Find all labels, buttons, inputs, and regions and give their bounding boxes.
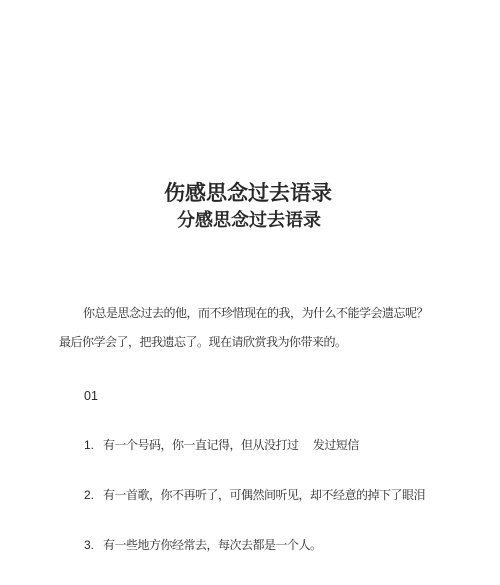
- quote-item-text: 有一个号码，你一直记得，但从没打过 发过短信: [103, 437, 460, 453]
- quote-list-item: 1. 有一个号码，你一直记得，但从没打过 发过短信: [84, 437, 460, 453]
- quote-list-item: 2. 有一首歌，你不再听了，可偶然间听见，却不经意的掉下了眼泪: [84, 487, 460, 503]
- intro-paragraph-line: 你总是思念过去的他，而不珍惜现在的我，为什么不能学会遗忘呢？: [83, 305, 428, 321]
- quote-item-text: 有一首歌，你不再听了，可偶然间听见，却不经意的掉下了眼泪: [103, 487, 460, 503]
- quote-item-number: 2.: [84, 487, 103, 503]
- section-number: 01: [84, 388, 98, 404]
- document-title: 伤感思念过去语录: [0, 180, 496, 207]
- quote-item-text: 有一些地方你经常去，每次去都是一个人。: [103, 537, 460, 553]
- quote-item-number: 3.: [84, 537, 103, 553]
- document-page: 伤感思念过去语录 分感思念过去语录 你总是思念过去的他，而不珍惜现在的我，为什么…: [0, 0, 500, 585]
- quote-list-item: 3. 有一些地方你经常去，每次去都是一个人。: [84, 537, 460, 553]
- document-subtitle: 分感思念过去语录: [0, 208, 498, 232]
- intro-paragraph-line: 最后你学会了，把我遗忘了。现在请欣赏我为你带来的。: [59, 334, 347, 350]
- quote-item-number: 1.: [84, 437, 103, 453]
